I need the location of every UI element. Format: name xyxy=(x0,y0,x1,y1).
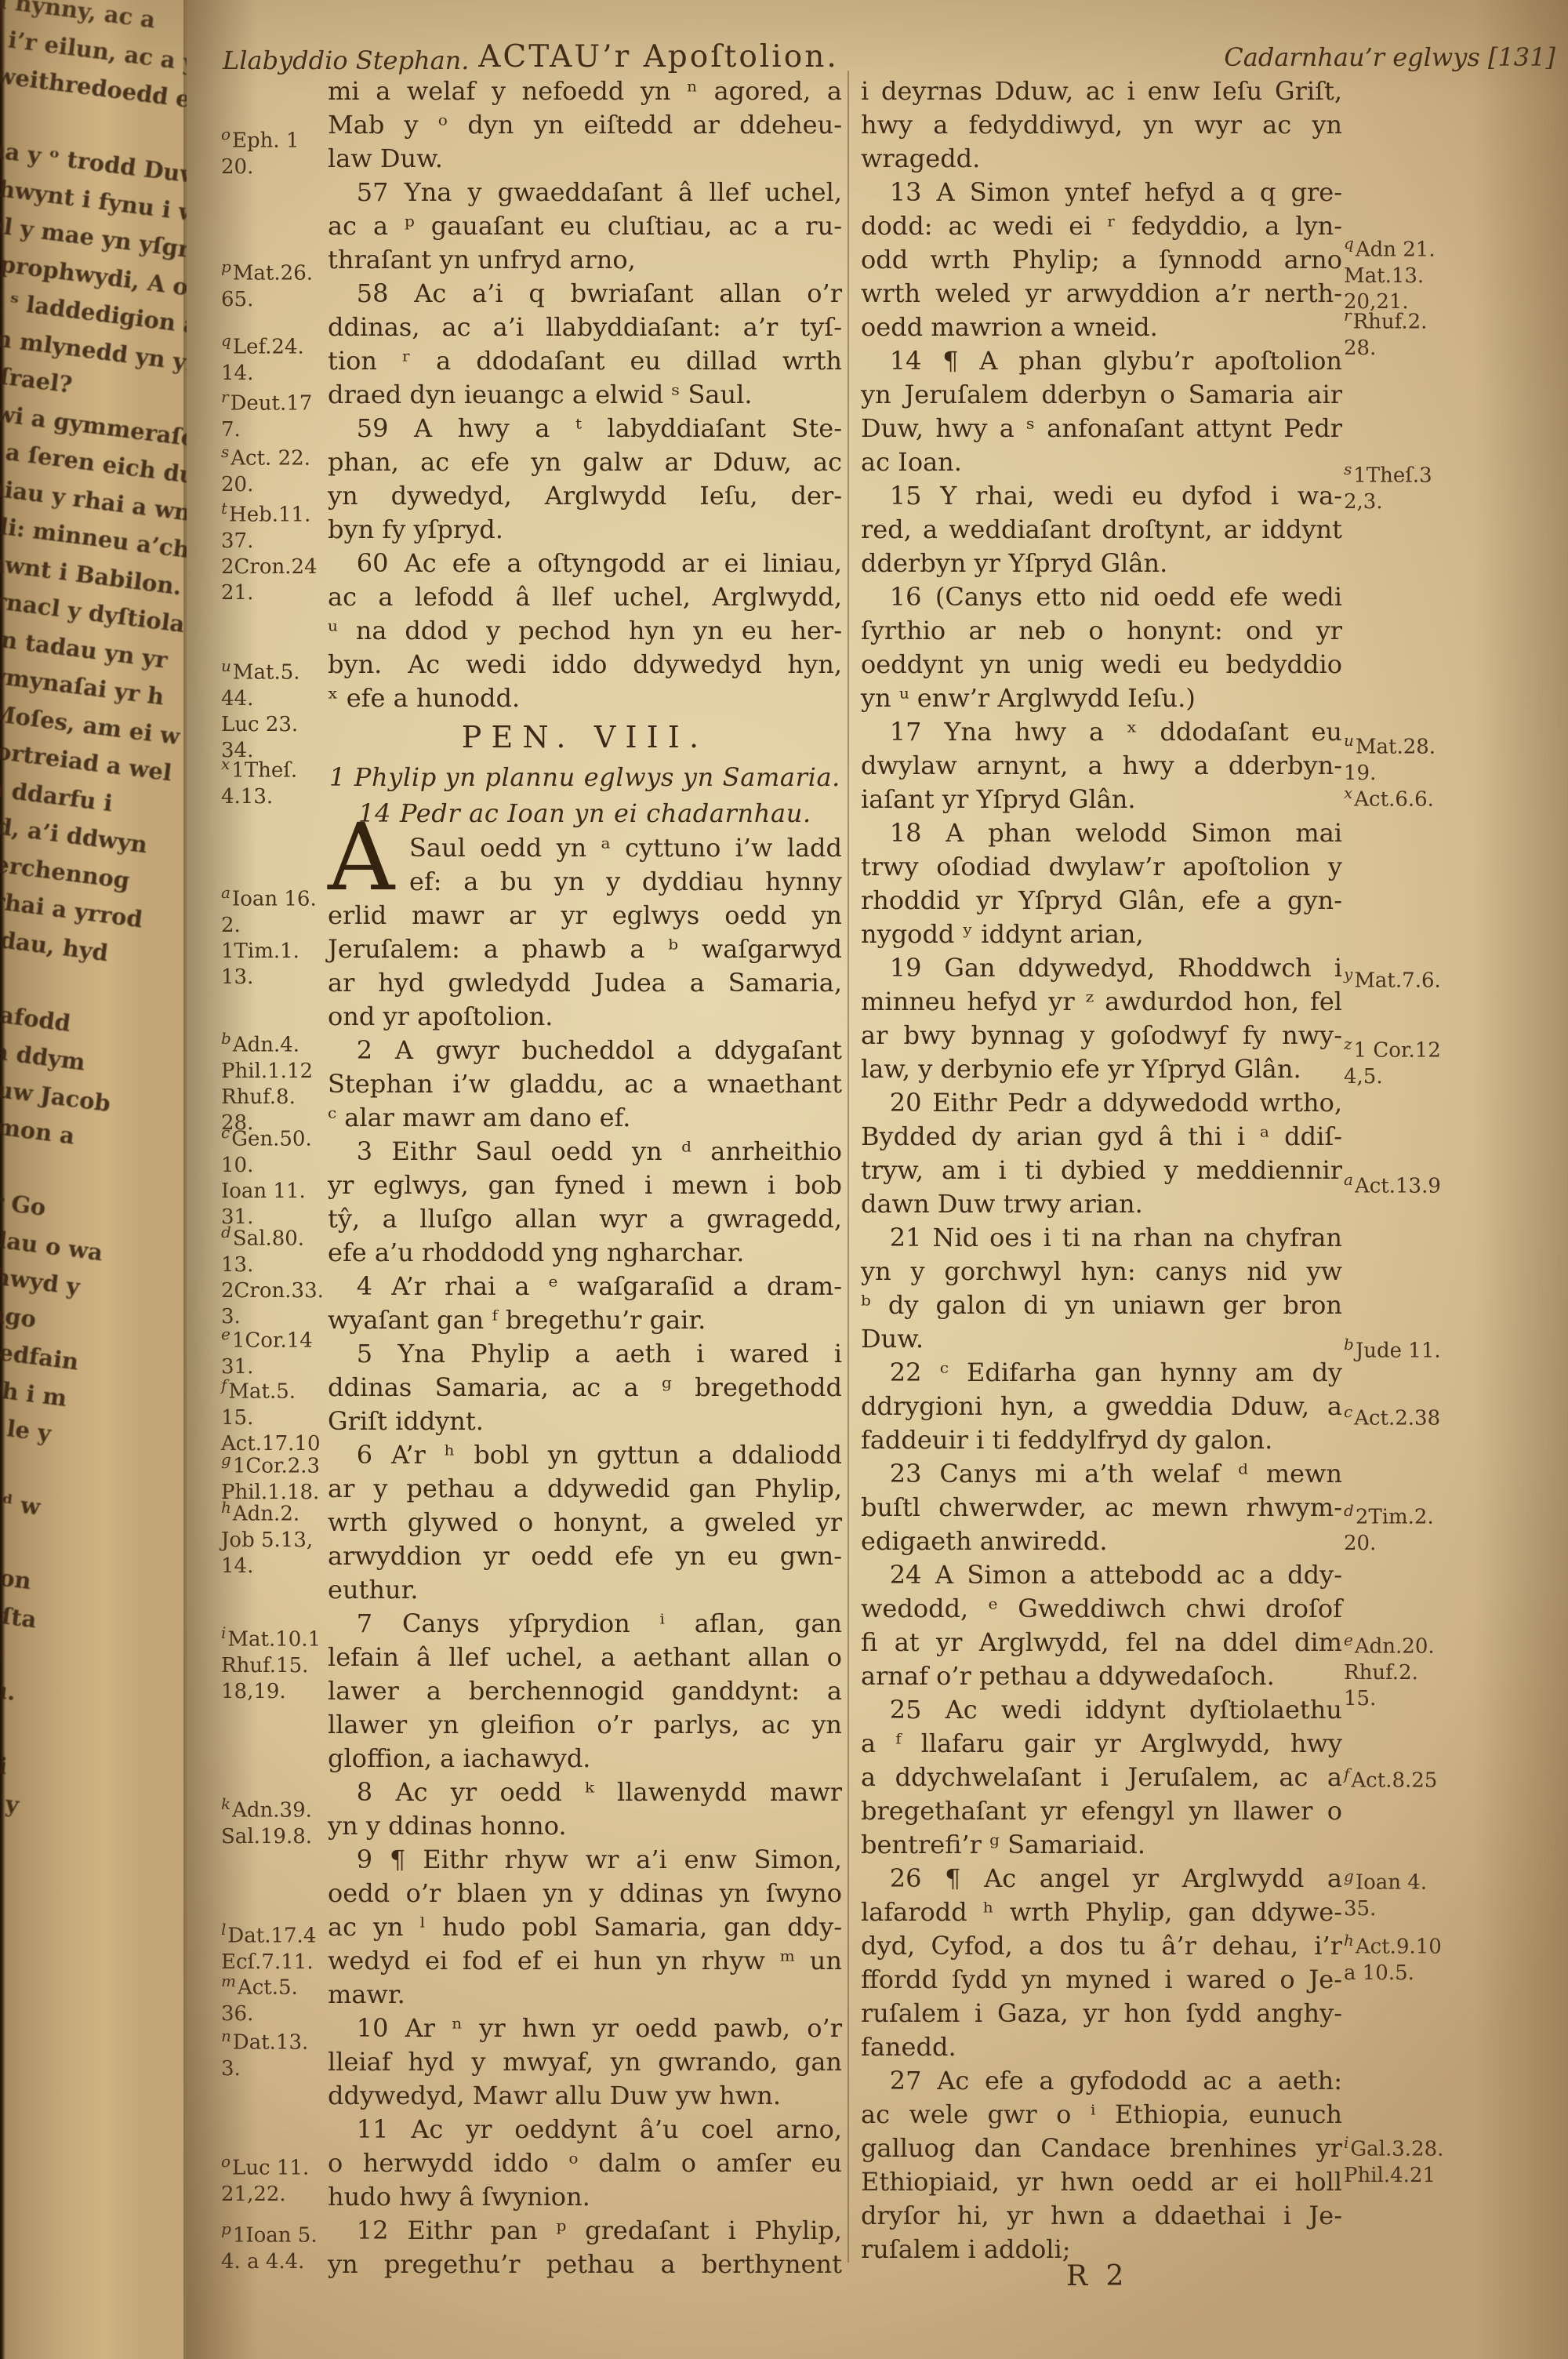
note-reference: Adn.2. Job 5.13, 14. xyxy=(221,1503,313,1578)
text-line: ar y pethau a ddywedid gan Phylip, xyxy=(328,1472,842,1506)
margin-note: dSal.80. 13. 2Cron.33. 3. xyxy=(221,1219,329,1330)
note-marker: r xyxy=(221,387,229,406)
text-line: bentrefi’r ᵍ Samariaid. xyxy=(861,1828,1342,1862)
note-reference: 1Theſ.3 2,3. xyxy=(1344,464,1432,514)
left-margin-notes: oEph. 1 20. pMat.26. 65. qLef.24. 14. rD… xyxy=(221,0,329,2359)
text-line: 6 A’r ʰ bobl yn gyttun a ddaliodd xyxy=(328,1438,842,1472)
text-line: 15 Y rhai, wedi eu dyfod i wa- xyxy=(861,479,1342,513)
note-marker: a xyxy=(221,883,230,902)
note-reference: Gal.3.28. Phil.4.21 xyxy=(1344,2138,1443,2187)
margin-note: aAct.13.9 xyxy=(1344,1167,1563,1200)
note-marker: q xyxy=(221,331,231,350)
text-line: red, a weddiaſant droſtynt, ar iddynt xyxy=(861,513,1342,547)
text-line: tryw, am i ti dybied y meddiennir xyxy=(861,1154,1342,1187)
note-marker: b xyxy=(1344,1335,1354,1354)
margin-note: p1Ioan 5. 4. a 4.4. xyxy=(221,2216,329,2275)
margin-note: hAdn.2. Job 5.13, 14. xyxy=(221,1495,329,1579)
note-marker: b xyxy=(221,1029,231,1048)
text-line: 18 A phan welodd Simon mai xyxy=(861,816,1342,850)
note-marker: e xyxy=(1344,1630,1353,1649)
previous-page-text: diau hynny, ac aerth i’r eilun, ac a ymy… xyxy=(0,0,187,2340)
text-line: dodd: ac wedi ei ʳ fedyddio, a lyn- xyxy=(861,209,1342,243)
text-line: wyaſant gan ᶠ bregethu’r gair. xyxy=(328,1303,842,1337)
text-line: fi at yr Arglwydd, fel na ddel dim xyxy=(861,1626,1342,1659)
margin-note: fMat.5. 15. Act.17.10 xyxy=(221,1372,329,1457)
note-reference: 1Cor.14 31. xyxy=(221,1329,313,1379)
note-marker: t xyxy=(221,499,227,518)
text-line: Saul oedd yn ᵃ cyttuno i’w ladd xyxy=(409,831,842,865)
text-line: fanedd. xyxy=(861,2030,1342,2064)
text-line: 24 A Simon a attebodd ac a ddy- xyxy=(861,1558,1342,1592)
text-line: i deyrnas Dduw, ac i enw Ieſu Griſt, xyxy=(861,75,1342,108)
text-line: Jeruſalem: a phawb a ᵇ waſgarwyd xyxy=(328,932,842,966)
text-line: oedd mawrion a wneid. xyxy=(861,311,1342,344)
note-marker: s xyxy=(1344,460,1352,478)
note-reference: Deut.17 7. xyxy=(221,392,312,442)
text-line: 9 ¶ Eithr rhyw wr a’i enw Simon, xyxy=(328,1843,842,1877)
note-marker: u xyxy=(221,656,231,675)
text-line: ac yn ˡ hudo pobl Samaria, gan ddy- xyxy=(328,1910,842,1944)
text-line: Bydded dy arian gyd â thi i ᵃ ddiſ- xyxy=(861,1120,1342,1154)
note-reference: 1Theſ. 4.13. xyxy=(221,759,297,809)
note-marker: d xyxy=(1344,1501,1354,1520)
text-line: ᵇ dy galon di yn uniawn ger bron xyxy=(861,1289,1342,1322)
text-line: yn pregethu’r pethau a berthynent xyxy=(328,2248,842,2281)
margin-note: qLef.24. 14. xyxy=(221,328,329,387)
text-line: Duw, hwy a ˢ anfonaſant attynt Pedr xyxy=(861,412,1342,445)
text-line: edigaeth anwiredd. xyxy=(861,1525,1342,1558)
note-marker: z xyxy=(1344,1034,1352,1053)
text-line: lleiaf hyd y mwyaf, yn gwrando, gan xyxy=(328,2045,842,2079)
text-line: bregethaſant yr efengyl yn llawer o xyxy=(861,1794,1342,1828)
note-marker: f xyxy=(221,1376,227,1394)
text-line: ffordd ſydd yn myned i wared o Je- xyxy=(861,1963,1342,1997)
text-line: yn y gorchwyl hyn: canys nid yw xyxy=(861,1255,1342,1289)
note-marker: c xyxy=(1344,1402,1352,1421)
note-marker: y xyxy=(1344,965,1352,983)
text-line: lawer a berchennogid ganddynt: a xyxy=(328,1674,842,1708)
note-reference: Adn.39. Sal.19.8. xyxy=(221,1799,312,1848)
text-line: lefain â llef uchel, a aethant allan o xyxy=(328,1641,842,1674)
margin-note: cGen.50. 10. Ioan 11. 31. xyxy=(221,1120,329,1230)
note-marker: d xyxy=(221,1223,231,1241)
margin-note: e1Cor.14 31. xyxy=(221,1321,329,1380)
note-marker: e xyxy=(221,1325,230,1343)
text-line: ᵘ na ddod y pechod hyn yn eu her- xyxy=(328,614,842,648)
note-reference: Rhuf.2. 28. xyxy=(1344,311,1427,360)
text-line: wrth glywed o honynt, a gweled yr xyxy=(328,1506,842,1539)
text-line: 57 Yna y gwaeddaſant â llef uchel, xyxy=(328,176,842,209)
margin-note: rRhuf.2. 28. xyxy=(1344,303,1563,362)
text-line: oeddynt yn unig wedi eu bedyddio xyxy=(861,648,1342,682)
text-line: rhoddid yr Yſpryd Glân, efe a gyn- xyxy=(861,884,1342,918)
note-reference: 1 Cor.12 4,5. xyxy=(1344,1039,1441,1089)
note-reference: Lef.24. 14. xyxy=(221,336,304,385)
text-line: wedyd ei fod ef ei hun yn rhyw ᵐ un xyxy=(328,1944,842,1978)
note-reference: Act.9.10 a 10.5. xyxy=(1344,1936,1442,1985)
text-line: trwy oſodiad dwylaw’r apoſtolion y xyxy=(861,850,1342,884)
note-marker: o xyxy=(221,2152,230,2171)
note-reference: Heb.11. 37. 2Cron.24 21. xyxy=(221,503,318,605)
text-line: 14 ¶ A phan glybu’r apoſtolion xyxy=(861,344,1342,378)
text-line: minneu hefyd yr ᶻ awdurdod hon, fel xyxy=(861,985,1342,1019)
text-line: nygodd ʸ iddynt arian, xyxy=(861,918,1342,951)
note-reference: Ioan 4. 35. xyxy=(1344,1871,1427,1921)
text-line: law, y derbynio efe yr Yſpryd Glân. xyxy=(861,1052,1342,1086)
text-line: ddywedyd, Mawr allu Duw yw hwn. xyxy=(328,2079,842,2113)
text-line: 25 Ac wedi iddynt dyſtiolaethu xyxy=(861,1693,1342,1727)
text-line: wedodd, ᵉ Gweddiwch chwi droſof xyxy=(861,1592,1342,1626)
margin-note: iGal.3.28. Phil.4.21 xyxy=(1344,2130,1563,2189)
text-line: ac a lefodd â llef uchel, Arglwydd, xyxy=(328,580,842,614)
note-marker: n xyxy=(221,2026,231,2045)
note-marker: o xyxy=(221,125,230,144)
text-line: ruſalem i Gaza, yr hon ſydd anghy- xyxy=(861,1997,1342,2030)
text-line: Griſt iddynt. xyxy=(328,1405,842,1438)
text-line: llawer yn gleifion o’r parlys, ac yn xyxy=(328,1708,842,1742)
text-line: ddrygioni hyn, a gweddia Dduw, a xyxy=(861,1390,1342,1423)
note-marker: l xyxy=(221,1920,226,1939)
text-line: ar hyd gwledydd Judea a Samaria, xyxy=(328,966,842,1000)
note-marker: p xyxy=(221,2219,231,2238)
text-line: a ddychwelaſant i Jeruſalem, ac a xyxy=(861,1761,1342,1794)
note-marker: r xyxy=(1344,306,1352,325)
text-line: a ᶠ llafaru gair yr Arglwydd, hwy xyxy=(861,1727,1342,1761)
right-margin-notes: qAdn 21. Mat.13. 20,21. rRhuf.2. 28. s1T… xyxy=(1344,0,1563,2359)
text-line: PEN. VIII. xyxy=(328,715,842,759)
note-marker: a xyxy=(1344,1170,1353,1189)
text-line: 2 A gwyr bucheddol a ddygaſant xyxy=(328,1034,842,1067)
left-text-column: mi a welaf y nefoedd yn ⁿ agored, aMab y… xyxy=(328,75,842,2281)
text-line: phan, ac efe yn galw ar Dduw, ac xyxy=(328,445,842,479)
text-line: dawn Duw trwy arian. xyxy=(861,1187,1342,1221)
note-reference: Mat.5. 15. Act.17.10 xyxy=(221,1380,320,1456)
margin-note: d2Tim.2. 20. xyxy=(1344,1498,1563,1557)
note-marker: h xyxy=(221,1498,231,1517)
text-line: 59 A hwy a ᵗ labyddiaſant Ste- xyxy=(328,412,842,445)
text-line: 7 Canys yſprydion ⁱ aflan, gan xyxy=(328,1607,842,1641)
margin-note: aIoan 16. 2. 1Tim.1. 13. xyxy=(221,880,329,990)
text-line: yn ᵘ enw’r Arglwydd Ieſu.) xyxy=(861,682,1342,715)
margin-note: eAdn.20. Rhuf.2. 15. xyxy=(1344,1627,1563,1712)
note-reference: Dat.13. 3. xyxy=(221,2031,308,2081)
text-line: law Duw. xyxy=(328,142,842,176)
text-line: yr eglwys, gan fyned i mewn i bob xyxy=(328,1169,842,1202)
note-reference: Mat.5. 44. Luc 23. 34. xyxy=(221,661,300,762)
margin-note: xAct.6.6. xyxy=(1344,780,1563,813)
text-line: tŷ, a lluſgo allan wyr a gwragedd, xyxy=(328,1202,842,1236)
text-line: arwyddion yr oedd efe yn eu gwn- xyxy=(328,1539,842,1573)
margin-note: gIoan 4. 35. xyxy=(1344,1863,1563,1922)
note-marker: c xyxy=(221,1123,230,1142)
margin-note: nDat.13. 3. xyxy=(221,2023,329,2082)
drop-cap-initial: A xyxy=(328,814,406,908)
note-reference: Jude 11. xyxy=(1356,1339,1441,1363)
text-line: galluog dan Candace brenhines yr xyxy=(861,2132,1342,2165)
margin-note: yMat.7.6. xyxy=(1344,961,1563,994)
margin-note: cAct.2.38 xyxy=(1344,1399,1563,1432)
text-line: Duw. xyxy=(861,1322,1342,1356)
text-line: odd wrth Phylip; a ſynnodd arno xyxy=(861,243,1342,277)
margin-note: oLuc 11. 21,22. xyxy=(221,2149,329,2208)
text-line: euthur. xyxy=(328,1573,842,1607)
text-line: 21 Nid oes i ti na rhan na chyfran xyxy=(861,1221,1342,1255)
text-line: ond yr apoſtolion. xyxy=(328,1000,842,1034)
margin-note: kAdn.39. Sal.19.8. xyxy=(221,1791,329,1850)
margin-note: uMat.5. 44. Luc 23. 34. xyxy=(221,653,329,764)
text-line: yn y ddinas honno. xyxy=(328,1809,842,1843)
text-line: dwylaw arnynt, a hwy a dderbyn- xyxy=(861,749,1342,783)
margin-note: hAct.9.10 a 10.5. xyxy=(1344,1928,1563,1986)
note-reference: Act. 22. 20. xyxy=(221,447,310,496)
text-line: 26 ¶ Ac angel yr Arglwydd a xyxy=(861,1862,1342,1896)
text-line: buſtl chwerwder, ac mewn rhwym- xyxy=(861,1491,1342,1525)
text-line: 11 Ac yr oeddynt â’u coel arno, xyxy=(328,2113,842,2146)
text-line: lafarodd ʰ wrth Phylip, gan ddywe- xyxy=(861,1896,1342,1929)
note-reference: Dat.17.4 Ecſ.7.11. xyxy=(221,1925,316,1974)
text-line: wrth weled yr arwyddion a’r nerth- xyxy=(861,277,1342,311)
text-line: ddinas, ac a’i llabyddiaſant: a’r tyſ- xyxy=(328,311,842,344)
text-line: hwy a fedyddiwyd, yn wyr ac yn xyxy=(861,108,1342,142)
text-line: efe a’u rhoddodd yng ngharchar. xyxy=(328,1236,842,1270)
note-marker: k xyxy=(221,1794,230,1813)
book-page: diau hynny, ac aerth i’r eilun, ac a ymy… xyxy=(0,0,1568,2359)
note-marker: m xyxy=(221,1972,236,1990)
note-marker: x xyxy=(1344,783,1352,802)
text-line: 20 Eithr Pedr a ddywedodd wrtho, xyxy=(861,1086,1342,1120)
text-line: 27 Ac efe a gyfododd ac a aeth: xyxy=(861,2064,1342,2098)
text-line: 60 Ac efe a oſtyngodd ar ei liniau, xyxy=(328,547,842,580)
text-line: Mab y ᵒ dyn yn eiſtedd ar ddeheu- xyxy=(328,108,842,142)
note-reference: Sal.80. 13. 2Cron.33. 3. xyxy=(221,1227,324,1329)
text-line: 13 A Simon yntef hefyd a q gre- xyxy=(861,176,1342,209)
text-line: arnaf o’r pethau a ddywedaſoch. xyxy=(861,1659,1342,1693)
text-line: 3 Eithr Saul oedd yn ᵈ anrheithio xyxy=(328,1135,842,1169)
note-reference: Mat.10.1 Rhuf.15. 18,19. xyxy=(221,1628,321,1703)
note-reference: Act.6.6. xyxy=(1354,788,1434,812)
previous-page-edge: diau hynny, ac aerth i’r eilun, ac a ymy… xyxy=(0,0,187,2359)
margin-note: uMat.28. 19. xyxy=(1344,728,1563,787)
note-reference: Eph. 1 20. xyxy=(221,129,299,179)
note-marker: p xyxy=(221,257,231,276)
text-line: ᶜ alar mawr am dano ef. xyxy=(328,1101,842,1135)
right-text-column: i deyrnas Dduw, ac i enw Ieſu Griſt,hwy … xyxy=(861,75,1342,2266)
margin-note: lDat.17.4 Ecſ.7.11. xyxy=(221,1917,329,1976)
note-marker: q xyxy=(1344,234,1354,253)
text-line: mi a welaf y nefoedd yn ⁿ agored, a xyxy=(328,75,842,108)
margin-note: x1Theſ. 4.13. xyxy=(221,751,329,810)
note-reference: Luc 11. 21,22. xyxy=(221,2157,309,2206)
margin-note: fAct.8.25 xyxy=(1344,1761,1563,1794)
text-line: byn. Ac wedi iddo ddywedyd hyn, xyxy=(328,648,842,682)
note-reference: Act.8.25 xyxy=(1351,1769,1437,1793)
margin-note: sAct. 22. 20. xyxy=(221,439,329,498)
text-line: ˣ efe a hunodd. xyxy=(328,682,842,715)
text-line: ac wele gwr o ⁱ Ethiopia, eunuch xyxy=(861,2098,1342,2132)
margin-note: bJude 11. xyxy=(1344,1332,1563,1365)
margin-note: z1 Cor.12 4,5. xyxy=(1344,1031,1563,1090)
text-line: hudo hwy â ſwynion. xyxy=(328,2180,842,2214)
text-line: faddeuir i ti feddylfryd dy galon. xyxy=(861,1423,1342,1457)
text-line: 17 Yna hwy a ˣ ddodaſant eu xyxy=(861,715,1342,749)
note-marker: s xyxy=(221,442,229,461)
text-line: gloffion, a iachawyd. xyxy=(328,1742,842,1776)
text-line: 19 Gan ddywedyd, Rhoddwch i xyxy=(861,951,1342,985)
text-line: 5 Yna Phylip a aeth i wared i xyxy=(328,1337,842,1371)
margin-note: mAct.5. 36. xyxy=(221,1968,329,2027)
text-line: 1 Phylip yn plannu eglwys yn Samaria. xyxy=(328,759,842,795)
text-line: 23 Canys mi a’th welaf ᵈ mewn xyxy=(861,1457,1342,1491)
note-reference: Ioan 16. 2. 1Tim.1. 13. xyxy=(221,888,317,989)
margin-note: rDeut.17 7. xyxy=(221,384,329,443)
text-line: ar bwy bynnag y goſodwyf fy nwy- xyxy=(861,1019,1342,1052)
note-marker: i xyxy=(1344,2133,1348,2152)
note-reference: Act.2.38 xyxy=(1354,1407,1440,1430)
margin-note: oEph. 1 20. xyxy=(221,122,329,180)
text-line: 58 Ac a’i q bwriaſant allan o’r xyxy=(328,277,842,311)
note-marker: x xyxy=(221,754,230,773)
margin-note: iMat.10.1 Rhuf.15. 18,19. xyxy=(221,1620,329,1705)
text-line: tion ʳ a ddodaſant eu dillad wrth xyxy=(328,344,842,378)
note-marker: h xyxy=(1344,1931,1354,1950)
text-line: 10 Ar ⁿ yr hwn yr oedd pawb, o’r xyxy=(328,2012,842,2045)
text-line: ac Ioan. xyxy=(861,445,1342,479)
text-line: draed dyn ieuangc a elwid ˢ Saul. xyxy=(328,378,842,412)
text-line: ſyrthio ar neb o honynt: ond yr xyxy=(861,614,1342,648)
text-line: mawr. xyxy=(328,1978,842,2012)
text-line: 8 Ac yr oedd ᵏ llawenydd mawr xyxy=(328,1776,842,1809)
text-line: thraſant yn unfryd arno, xyxy=(328,243,842,277)
note-marker: i xyxy=(221,1623,226,1642)
note-reference: Act.13.9 xyxy=(1355,1175,1441,1198)
margin-note: tHeb.11. 37. 2Cron.24 21. xyxy=(221,496,329,606)
text-line: yn Jeruſalem dderbyn o Samaria air xyxy=(861,378,1342,412)
note-reference: Gen.50. 10. Ioan 11. 31. xyxy=(221,1128,312,1229)
note-reference: 2Tim.2. 20. xyxy=(1344,1506,1434,1555)
note-reference: Adn.20. Rhuf.2. 15. xyxy=(1344,1635,1435,1710)
running-header-title: ACTAU’r Apoſtolion. xyxy=(470,39,847,75)
margin-note: pMat.26. 65. xyxy=(221,254,329,313)
note-reference: Mat.7.6. xyxy=(1354,969,1440,993)
text-line: 16 (Canys etto nid oedd efe wedi xyxy=(861,580,1342,614)
text-line: 12 Eithr pan ᵖ gredaſant i Phylip, xyxy=(328,2214,842,2248)
note-marker: f xyxy=(1344,1765,1349,1783)
column-divider xyxy=(848,71,849,2263)
text-line: iaſant yr Yſpryd Glân. xyxy=(861,783,1342,816)
text-line: dryſor hi, yr hwn a ddaethai i Je- xyxy=(861,2199,1342,2233)
text-line: dderbyn yr Yſpryd Glân. xyxy=(861,547,1342,580)
note-reference: 1Ioan 5. 4. a 4.4. xyxy=(221,2224,318,2274)
text-line: dyd, Cyfod, a dos tu â’r dehau, i’r xyxy=(861,1929,1342,1963)
note-reference: Mat.26. 65. xyxy=(221,262,313,311)
text-line: byn fy yſpryd. xyxy=(328,513,842,547)
text-line: 22 ᶜ Edifarha gan hynny am dy xyxy=(861,1356,1342,1390)
note-marker: u xyxy=(1344,731,1354,750)
text-line: Stephan i’w gladdu, ac a wnaethant xyxy=(328,1067,842,1101)
text-line: yn dywedyd, Arglwydd Ieſu, der- xyxy=(328,479,842,513)
catchword-signature: R 2 xyxy=(1066,2260,1128,2292)
text-line: ddinas Samaria, ac a ᵍ bregethodd xyxy=(328,1371,842,1405)
note-reference: Mat.28. 19. xyxy=(1344,736,1436,785)
note-marker: g xyxy=(221,1450,231,1469)
note-marker: g xyxy=(1344,1866,1354,1885)
text-line: wragedd. xyxy=(861,142,1342,176)
text-line: ef: a bu yn y dyddiau hynny xyxy=(409,865,842,899)
text-line: o herwydd iddo ᵒ dalm o amſer eu xyxy=(328,2146,842,2180)
text-line: oedd o’r blaen yn y ddinas yn ſwyno xyxy=(328,1877,842,1910)
text-line: ac a ᵖ gauaſant eu cluſtiau, ac a ru- xyxy=(328,209,842,243)
text-line: 4 A’r rhai a ᵉ waſgaraſid a dram- xyxy=(328,1270,842,1303)
margin-note: s1Theſ.3 2,3. xyxy=(1344,456,1563,515)
text-line: Ethiopiaid, yr hwn oedd ar ei holl xyxy=(861,2165,1342,2199)
